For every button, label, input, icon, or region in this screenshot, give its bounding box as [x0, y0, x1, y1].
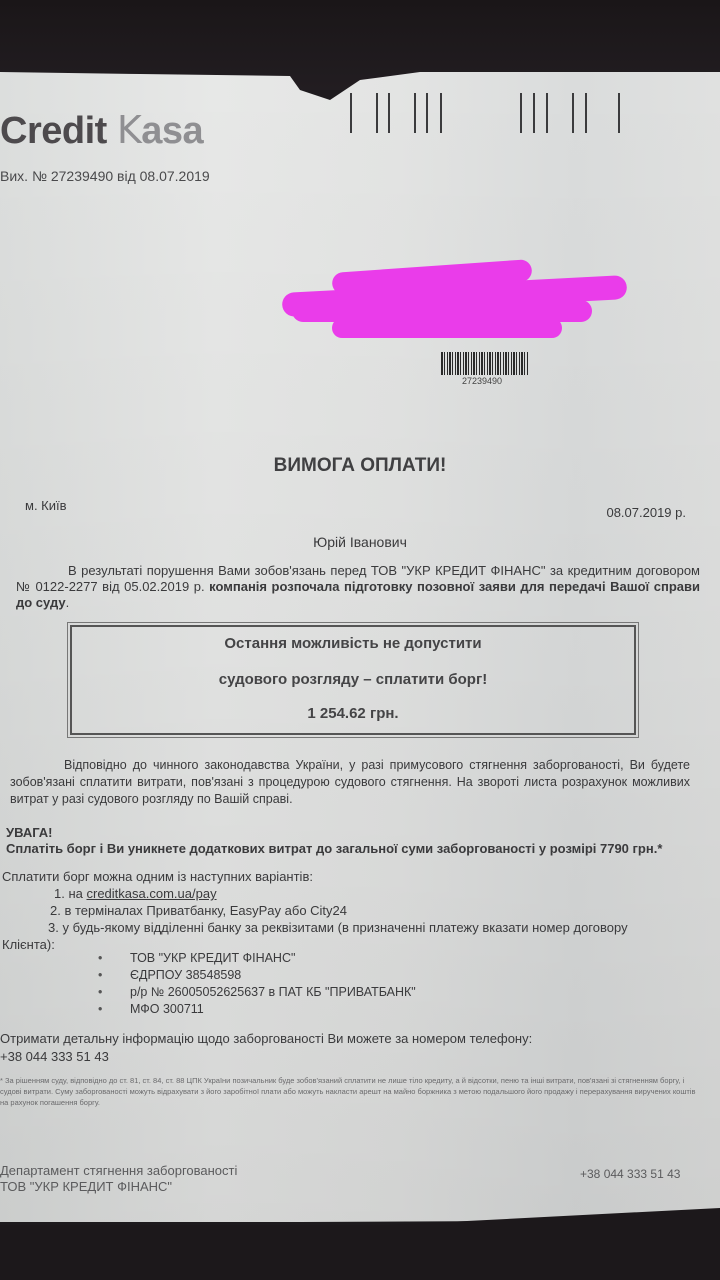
footnote: * За рішенням суду, відповідно до ст. 81… [0, 1075, 700, 1108]
outgoing-reference: Вих. № 27239490 від 08.07.2019 [0, 168, 210, 184]
payment-option-2: 2. в терміналах Приватбанку, EasyPay або… [2, 902, 628, 919]
barcode [441, 352, 529, 375]
background-surface [0, 1225, 720, 1280]
payment-link[interactable]: creditkasa.com.ua/pay [87, 886, 217, 901]
footer-department: Департамент стягнення заборгованості [0, 1163, 237, 1179]
requisite-item: МФО 300711 [98, 1001, 416, 1018]
salutation: Юрій Іванович [0, 534, 720, 550]
letter-city: м. Київ [25, 498, 67, 513]
requisite-item: р/р № 26005052625637 в ПАТ КБ "ПРИВАТБАН… [98, 984, 416, 1001]
footer-phone: +38 044 333 51 43 [580, 1167, 680, 1181]
option-text: на [68, 886, 86, 901]
creditkasa-logo: Credit Kasa [0, 108, 203, 153]
payment-options: Сплатити борг можна одним із наступних в… [2, 868, 628, 953]
footer-company: ТОВ "УКР КРЕДИТ ФІНАНС" [0, 1179, 237, 1195]
barcode-number: 27239490 [462, 376, 502, 386]
warning-block: УВАГА! Сплатіть борг і Ви уникнете додат… [6, 825, 662, 857]
warning-title: УВАГА! [6, 825, 662, 841]
logo-text-asa: asa [141, 110, 203, 152]
fold-marks [350, 93, 650, 135]
footer-signature: Департамент стягнення заборгованості ТОВ… [0, 1163, 237, 1195]
letter-title: ВИМОГА ОПЛАТИ! [0, 455, 720, 477]
option-number: 3. [48, 920, 59, 935]
option-text: в терміналах Приватбанку, EasyPay або Ci… [64, 903, 347, 918]
requisite-item: ЄДРПОУ 38548598 [98, 967, 416, 984]
paragraph-violation: В результаті порушення Вами зобов'язань … [16, 563, 700, 611]
debt-amount: 1 254.62 грн. [72, 705, 634, 722]
contact-text: Отримати детальну інформацію щодо заборг… [0, 1030, 532, 1048]
redaction-scribble [282, 266, 627, 344]
option-number: 1. [54, 886, 65, 901]
option-number: 2. [50, 903, 61, 918]
payment-intro: Сплатити борг можна одним із наступних в… [2, 868, 628, 885]
warning-text: Сплатіть борг і Ви уникнете додаткових в… [6, 841, 662, 857]
logo-k-icon: K [117, 108, 141, 152]
callout-line-1: Остання можливість не допустити [72, 635, 634, 652]
letter-date: 08.07.2019 р. [606, 505, 686, 520]
requisite-item: ТОВ "УКР КРЕДИТ ФІНАНС" [98, 950, 416, 967]
paragraph-text: Відповідно до чинного законодавства Укра… [10, 758, 690, 806]
option-text: у будь-якому відділенні банку за реквізи… [62, 920, 627, 935]
contact-phone: +38 044 333 51 43 [0, 1048, 532, 1066]
debt-callout-box: Остання можливість не допустити судового… [70, 625, 636, 735]
callout-line-2: судового розгляду – сплатити борг! [72, 671, 634, 688]
contact-info: Отримати детальну інформацію щодо заборг… [0, 1030, 532, 1066]
payment-option-3: 3. у будь-якому відділенні банку за рекв… [2, 919, 628, 936]
bank-requisites: ТОВ "УКР КРЕДИТ ФІНАНС" ЄДРПОУ 38548598 … [98, 950, 416, 1018]
paragraph-legal-costs: Відповідно до чинного законодавства Укра… [10, 757, 690, 808]
payment-option-1: 1. на creditkasa.com.ua/pay [2, 885, 628, 902]
logo-text-credit: Credit [0, 110, 107, 152]
paragraph-text: . [66, 595, 70, 610]
